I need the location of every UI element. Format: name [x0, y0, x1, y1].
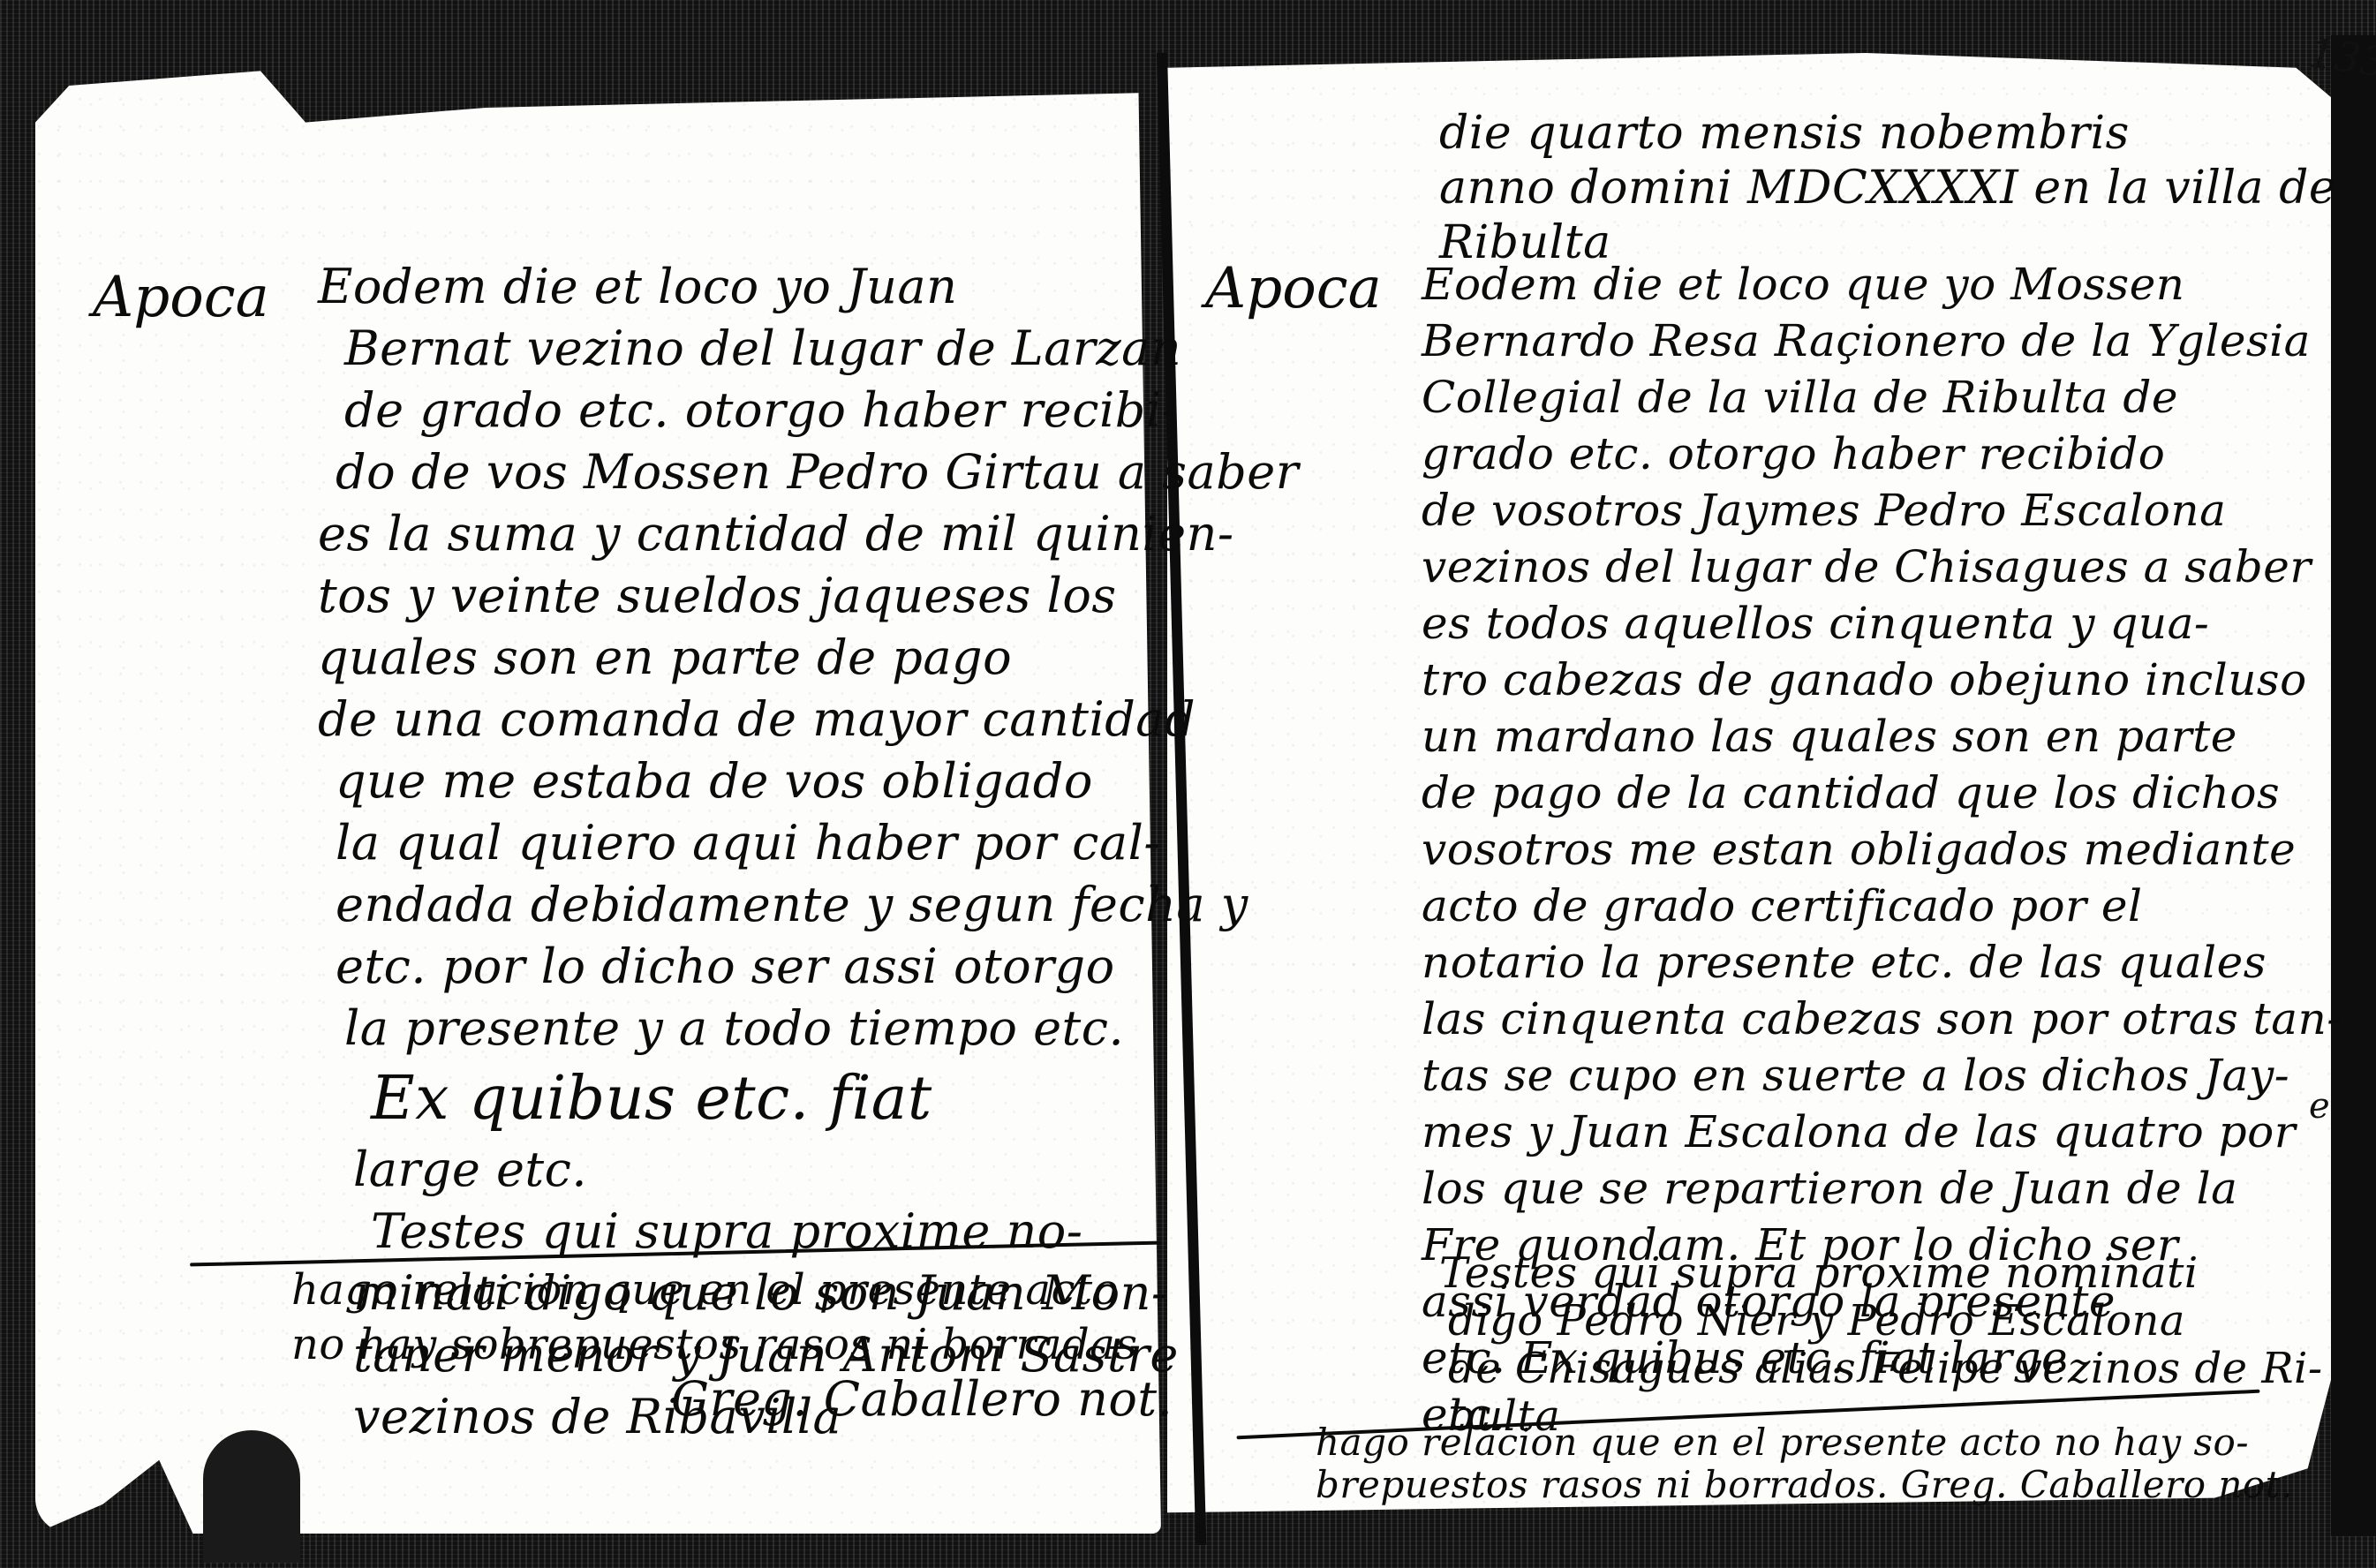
left-margin-label: Apoca — [93, 265, 269, 330]
right-footer-line: brepuestos rasos ni borrados. Greg. Caba… — [1316, 1464, 2293, 1506]
left-footer-line: no hay sobrepuestos rasos ni borradas — [291, 1317, 1173, 1372]
right-witness-line: Testes qui supra proxime nominati — [1439, 1249, 2323, 1297]
right-line: de vosotros Jaymes Pedro Escalona — [1422, 482, 2342, 539]
right-line: un mardano las quales son en parte — [1422, 708, 2342, 765]
left-line: de grado etc. otorgo haber recibi- — [344, 380, 1299, 441]
left-line: large etc. — [353, 1139, 1299, 1201]
right-line: los que se repartieron de Juan de la — [1422, 1160, 2342, 1217]
right-line: tro cabezas de ganado obejuno incluso — [1422, 652, 2342, 708]
right-line: de pago de la cantidad que los dichos — [1422, 765, 2342, 821]
right-line: mes y Juan Escalona de las quatro por — [1422, 1104, 2342, 1160]
right-witness-text: Testes qui supra proxime nominati digo P… — [1404, 1249, 2323, 1440]
right-line: Eodem die et loco que yo Mossen — [1422, 256, 2342, 313]
right-header-line: anno domini MDCXXXXI en la villa de — [1439, 161, 2336, 215]
folio-number: 133 — [2306, 28, 2376, 87]
left-line: etc. por lo dicho ser assi otorgo — [336, 936, 1299, 998]
right-line: notario la presente etc. de las quales — [1422, 934, 2342, 991]
left-line: Ex quibus etc. fiat — [371, 1059, 1299, 1139]
left-line: quales son en parte de pago — [318, 627, 1299, 689]
right-line: las cinquenta cabezas son por otras tan- — [1422, 991, 2342, 1047]
right-line: Collegial de la villa de Ribulta de — [1422, 369, 2342, 426]
right-footer-line: hago relacion que en el presente acto no… — [1316, 1421, 2293, 1464]
left-line: tos y veinte sueldos jaqueses los — [318, 565, 1299, 627]
right-line: Bernardo Resa Raçionero de la Yglesia — [1422, 313, 2342, 369]
left-line: endada debidamente y segun fecha y — [336, 874, 1299, 936]
left-line: que me estaba de vos obligado — [336, 750, 1299, 812]
left-line: de una comanda de mayor cantidad — [318, 689, 1299, 750]
right-line: es todos aquellos cinquenta y qua- — [1422, 595, 2342, 652]
right-line: grado etc. otorgo haber recibido — [1422, 426, 2342, 482]
manuscript-spread: 133 Apoca Eodem die et loco yo Juan Bern… — [0, 0, 2376, 1568]
left-line: Eodem die et loco yo Juan — [318, 256, 1299, 318]
left-line: Testes qui supra proxime no- — [371, 1201, 1299, 1263]
right-line: acto de grado certificado por el — [1422, 878, 2342, 934]
right-line: tas se cupo en suerte a los dichos Jay- — [1422, 1047, 2342, 1104]
right-witness-line: de Chisagues alias Felipe vezinos de Ri- — [1448, 1345, 2323, 1392]
left-footer-line: hago relacion que en el presente acto — [291, 1263, 1173, 1317]
right-margin-mark: e — [2309, 1086, 2330, 1127]
right-witness-line: digo Pedro Nier y Pedro Escalona — [1448, 1297, 2323, 1345]
right-footer-text: hago relacion que en el presente acto no… — [1316, 1421, 2293, 1506]
right-header-line: die quarto mensis nobembris — [1439, 106, 2336, 161]
left-line: Bernat vezino del lugar de Larzan — [344, 318, 1299, 380]
left-line: la qual quiero aqui haber por cal- — [336, 812, 1299, 874]
right-line: vosotros me estan obligados mediante — [1422, 821, 2342, 878]
left-line: es la suma y cantidad de mil quinien- — [318, 503, 1299, 565]
left-line: la presente y a todo tiempo etc. — [344, 998, 1299, 1059]
left-footer-text: hago relacion que en el presente acto no… — [291, 1263, 1173, 1427]
right-margin-label: Apoca — [1205, 256, 1382, 321]
right-header-text: die quarto mensis nobembris anno domini … — [1439, 106, 2336, 270]
left-line: do de vos Mossen Pedro Girtau a saber — [336, 441, 1299, 503]
right-line: vezinos del lugar de Chisagues a saber — [1422, 539, 2342, 595]
notary-signature: Greg. Caballero not. — [671, 1372, 1173, 1427]
paper-tear — [203, 1430, 300, 1563]
